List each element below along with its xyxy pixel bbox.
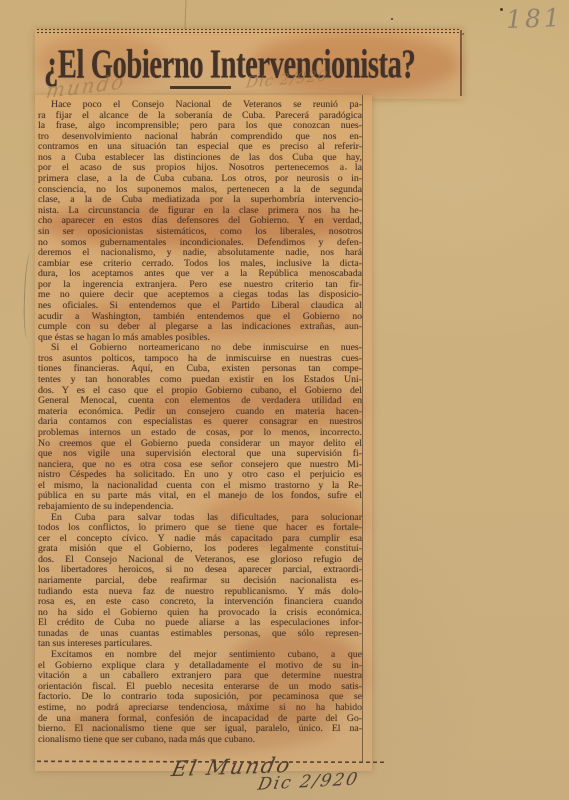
article-line: cionalismo tiene que ser cubano, nada má… <box>38 735 362 746</box>
article-line: estime, no podrá apreciarse tendenciosa,… <box>38 703 362 714</box>
speck <box>500 8 503 11</box>
clipping-headline-right-border <box>460 30 462 96</box>
speck <box>462 33 464 35</box>
speck <box>391 18 393 20</box>
title-divider <box>170 86 231 89</box>
scrapbook-page: ¿El Gobierno Intervencionista? mundo Dic… <box>0 0 569 800</box>
speck <box>345 168 347 170</box>
article-line: Hace poco el Consejo Nacional de Veteran… <box>38 100 362 111</box>
page-number: 181 <box>506 3 564 34</box>
article-line: nariamente parcial, debe reafirmar su de… <box>38 576 362 587</box>
ink-note-date: Dic 2/920 <box>256 769 361 795</box>
article-body: Hace poco el Consejo Nacional de Veteran… <box>38 100 362 745</box>
clipping-top-border <box>37 29 461 31</box>
article-line: sin ser oposicionistas sistemáticos, com… <box>38 227 362 238</box>
article-line: nes oficiales. Si entendemos que el Part… <box>38 301 362 312</box>
article-line: problemas internos un estado de cosas, p… <box>38 428 362 439</box>
paper-crease <box>184 0 186 29</box>
article-line: rebajamiento de su independencia. <box>38 502 362 513</box>
